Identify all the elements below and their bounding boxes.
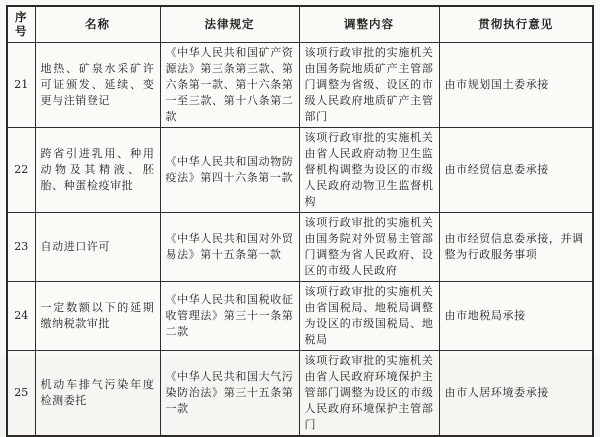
cell-seq: 21 [7,42,35,127]
table-row: 21 地热、矿泉水采矿许可证颁发、延续、变更与注销登记 《中华人民共和国矿产资源… [7,42,593,127]
table-row: 25 机动车排气污染年度检测委托 《中华人民共和国大气污染防治法》第三十五条第一… [7,350,593,355]
cell-adjustment: 该项行政审批的实施机关由省国税局、地税局调整为设区的市级国税局、地税局 [299,281,439,350]
cell-name: 跨省引进乳用、种用动物及其精液、胚胎、种蛋检疫审批 [35,127,160,212]
cell-adjustment: 该项行政审批的实施机关由省人民政府环境保护主管部门调整为设区的市级人民政府环境保… [299,350,439,355]
header-adjustment: 调整内容 [299,6,439,42]
cell-opinion: 由市经贸信息委承接 [439,127,593,212]
cell-name: 自动进口许可 [35,212,160,281]
cell-seq: 24 [7,281,35,350]
cell-seq: 25 [7,350,35,355]
cell-opinion: 由市人居环境委承接 [439,350,593,355]
table-row: 23 自动进口许可 《中华人民共和国对外贸易法》第十五条第一款 该项行政审批的实… [7,212,593,281]
administrative-approval-adjustment-table: 序号 名称 法律规定 调整内容 贯彻执行意见 21 地热、矿泉水采矿许可证颁发、… [6,5,594,355]
cell-law: 《中华人民共和国矿产资源法》第三条第三款、第六条第一款、第十六条第一至三款、第十… [160,42,299,127]
header-opinion: 贯彻执行意见 [439,6,593,42]
cell-seq: 23 [7,212,35,281]
cell-seq: 22 [7,127,35,212]
cell-adjustment: 该项行政审批的实施机关由国务院地质矿产主管部门调整为省级、设区的市级人民政府地质… [299,42,439,127]
cell-law: 《中华人民共和国税收征收管理法》第三十一条第二款 [160,281,299,350]
header-seq-label: 序号 [14,10,28,38]
cell-law: 《中华人民共和国大气污染防治法》第三十五条第一款 [160,350,299,355]
header-name: 名称 [35,6,160,42]
header-law: 法律规定 [160,6,299,42]
cell-opinion: 由市规划国土委承接 [439,42,593,127]
cell-adjustment: 该项行政审批的实施机关由国务院对外贸易主管部门调整为省人民政府、设区的市级人民政… [299,212,439,281]
cell-opinion: 由市经贸信息委承接，并调整为行政服务事项 [439,212,593,281]
scanned-document-page: 序号 名称 法律规定 调整内容 贯彻执行意见 21 地热、矿泉水采矿许可证颁发、… [0,0,600,355]
header-seq: 序号 [7,6,35,42]
cell-opinion: 由市地税局承接 [439,281,593,350]
cell-name: 一定数额以下的延期缴纳税款审批 [35,281,160,350]
cell-law: 《中华人民共和国对外贸易法》第十五条第一款 [160,212,299,281]
cell-law: 《中华人民共和国动物防疫法》第四十六条第一款 [160,127,299,212]
cell-name: 地热、矿泉水采矿许可证颁发、延续、变更与注销登记 [35,42,160,127]
table-row: 24 一定数额以下的延期缴纳税款审批 《中华人民共和国税收征收管理法》第三十一条… [7,281,593,350]
cell-adjustment: 该项行政审批的实施机关由省人民政府动物卫生监督机构调整为设区的市级人民政府动物卫… [299,127,439,212]
table-row: 22 跨省引进乳用、种用动物及其精液、胚胎、种蛋检疫审批 《中华人民共和国动物防… [7,127,593,212]
cell-name: 机动车排气污染年度检测委托 [35,350,160,355]
table-header-row: 序号 名称 法律规定 调整内容 贯彻执行意见 [7,6,593,42]
